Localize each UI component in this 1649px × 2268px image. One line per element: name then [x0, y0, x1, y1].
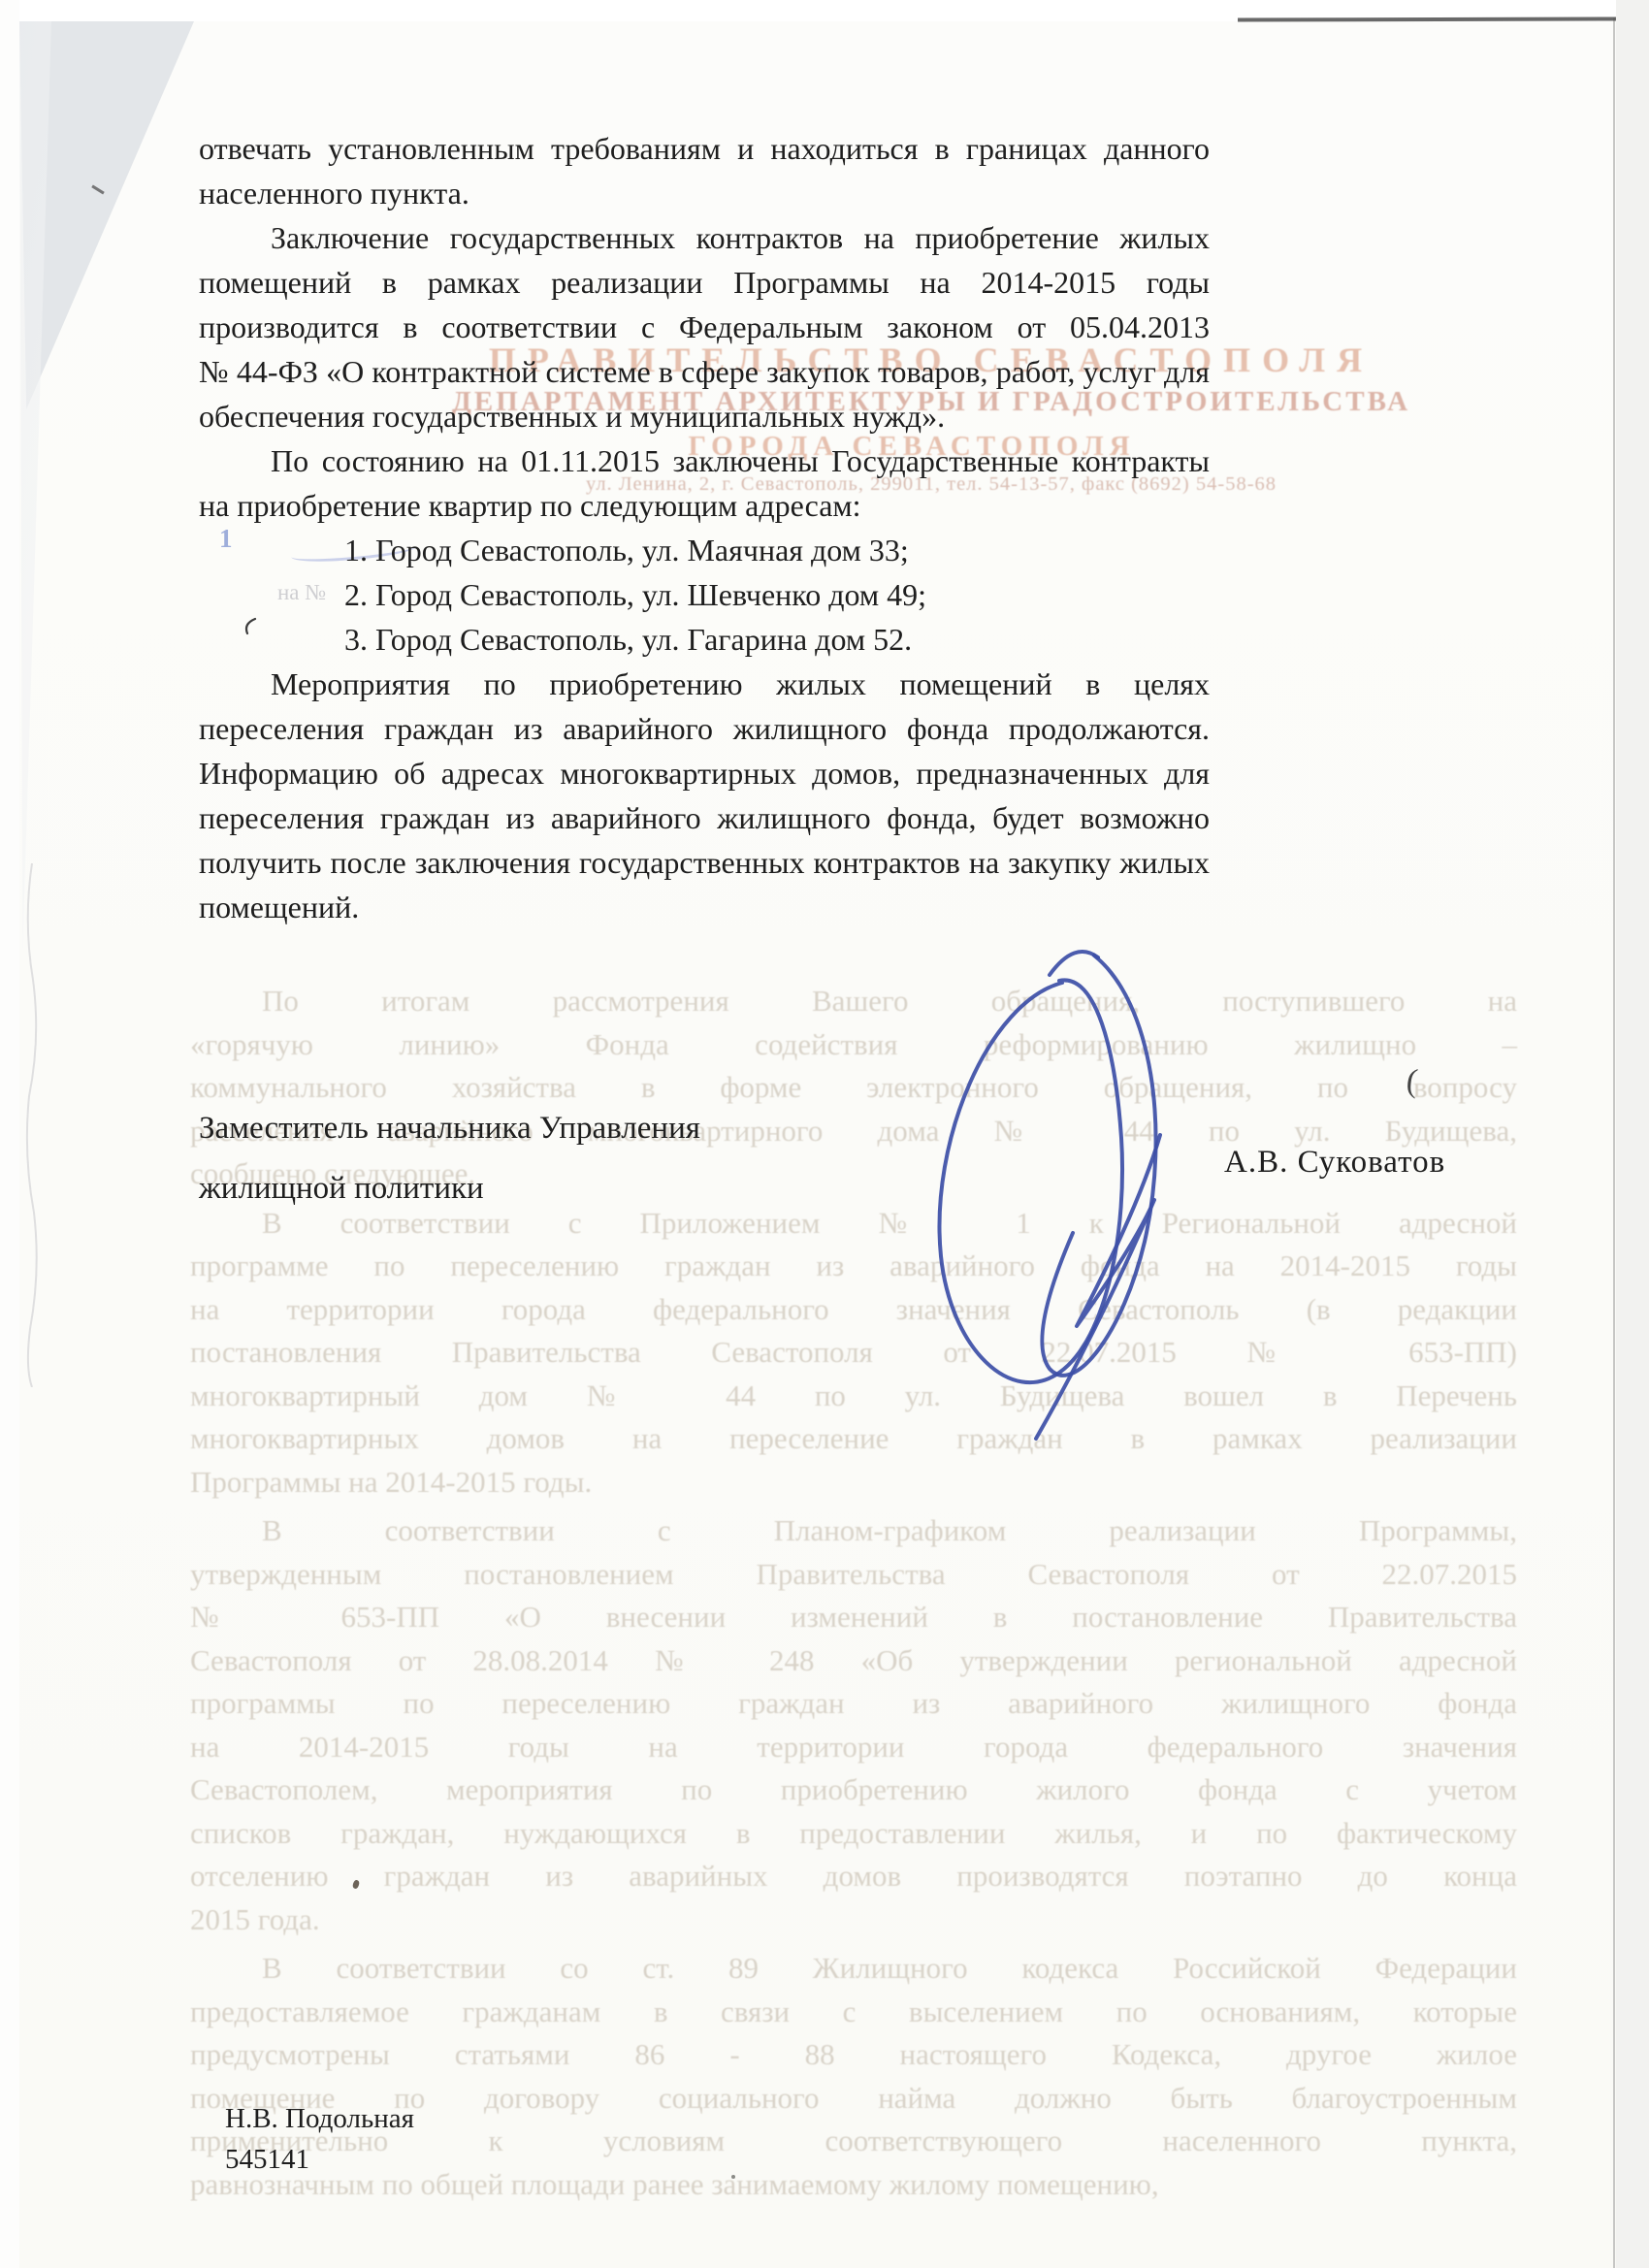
text-line: В соответствии со ст. 89 Жилищного кодек…: [190, 1947, 1517, 1991]
signer-position-line1: Заместитель начальника Управления: [199, 1098, 700, 1158]
text-line: получить после заключения государственны…: [199, 840, 1210, 885]
text-line: № 653-ПП «О внесении изменений в постано…: [190, 1596, 1517, 1639]
text-line: на 2014-2015 годы на территории города ф…: [190, 1726, 1517, 1769]
text-line: утвержденным постановлением Правительств…: [190, 1553, 1517, 1597]
paragraph-resettlement: Мероприятия по приобретению жилых помеще…: [199, 662, 1210, 929]
address-list-item: 2. Город Севастополь, ул. Шевченко дом 4…: [199, 572, 1210, 617]
paragraph-contracts-law: Заключение государственных контрактов на…: [199, 215, 1210, 438]
letter-body-text: отвечать установленным требованиям и нах…: [199, 126, 1210, 929]
page-right-edge: [1613, 17, 1615, 2268]
text-line: программы по переселению граждан из авар…: [190, 1682, 1517, 1726]
text-line: № 44-ФЗ «О контрактной системе в сфере з…: [199, 349, 1210, 394]
text-line: По состоянию на 01.11.2015 заключены Гос…: [199, 438, 1210, 483]
text-line: на приобретение квартир по следующим адр…: [199, 483, 1210, 528]
text-line: отселению граждан из аварийных домов про…: [190, 1855, 1517, 1898]
text-line: Севастополя от 28.08.2014 № 248 «Об утве…: [190, 1639, 1517, 1683]
text-line: предусмотрены статьями 86 - 88 настоящег…: [190, 2033, 1517, 2077]
paragraph-requirements: отвечать установленным требованиям и нах…: [199, 126, 1210, 215]
text-line: 2015 года.: [190, 1898, 1517, 1942]
address-list-item: 3. Город Севастополь, ул. Гагарина дом 5…: [199, 617, 1210, 662]
text-line: предоставляемое гражданам в связи с высе…: [190, 1991, 1517, 2034]
paragraph-contracts-status: По состоянию на 01.11.2015 заключены Гос…: [199, 438, 1210, 528]
text-line: В соответствии с Планом-графиком реализа…: [190, 1509, 1517, 1553]
text-line: Программы на 2014-2015 годы.: [190, 1461, 1517, 1505]
signer-position: Заместитель начальника Управления жилищн…: [199, 1098, 700, 1218]
text-line: Мероприятия по приобретению жилых помеще…: [199, 662, 1210, 706]
executor-name: Н.В. Подольная: [225, 2098, 414, 2139]
text-line: переселения граждан из аварийного жилищн…: [199, 706, 1210, 751]
text-line: отвечать установленным требованиям и нах…: [199, 126, 1210, 171]
text-line: помещений в рамках реализации Программы …: [199, 260, 1210, 305]
executor-phone: 545141: [225, 2139, 414, 2180]
text-line: обеспечения государственных и муниципаль…: [199, 394, 1210, 438]
text-line: производится в соответствии с Федеральны…: [199, 305, 1210, 349]
scanner-right-margin: [1616, 0, 1649, 2268]
handwritten-signature: [844, 907, 1271, 1465]
text-line: списков граждан, нуждающихся в предостав…: [190, 1812, 1517, 1856]
executor-block: Н.В. Подольная 545141: [225, 2098, 414, 2180]
text-line: Заключение государственных контрактов на…: [199, 215, 1210, 260]
address-list-item: 1. Город Севастополь, ул. Маячная дом 33…: [199, 528, 1210, 572]
signer-position-line2: жилищной политики: [199, 1158, 700, 1218]
scanner-left-margin: [0, 0, 19, 2268]
text-line: Севастополем, мероприятия по приобретени…: [190, 1768, 1517, 1812]
text-line: населенного пункта.: [199, 171, 1210, 215]
scan-artifact-left-squiggle: [19, 863, 45, 1387]
text-line: переселения граждан из аварийного жилищн…: [199, 795, 1210, 840]
scanned-letter-page: ПРАВИТЕЛЬСТВО СЕВАСТОПОЛЯ ДЕПАРТАМЕНТ АР…: [0, 0, 1649, 2268]
bleed-paragraph: В соответствии с Планом-графиком реализа…: [190, 1509, 1517, 1941]
text-line: Информацию об адресах многоквартирных до…: [199, 751, 1210, 795]
